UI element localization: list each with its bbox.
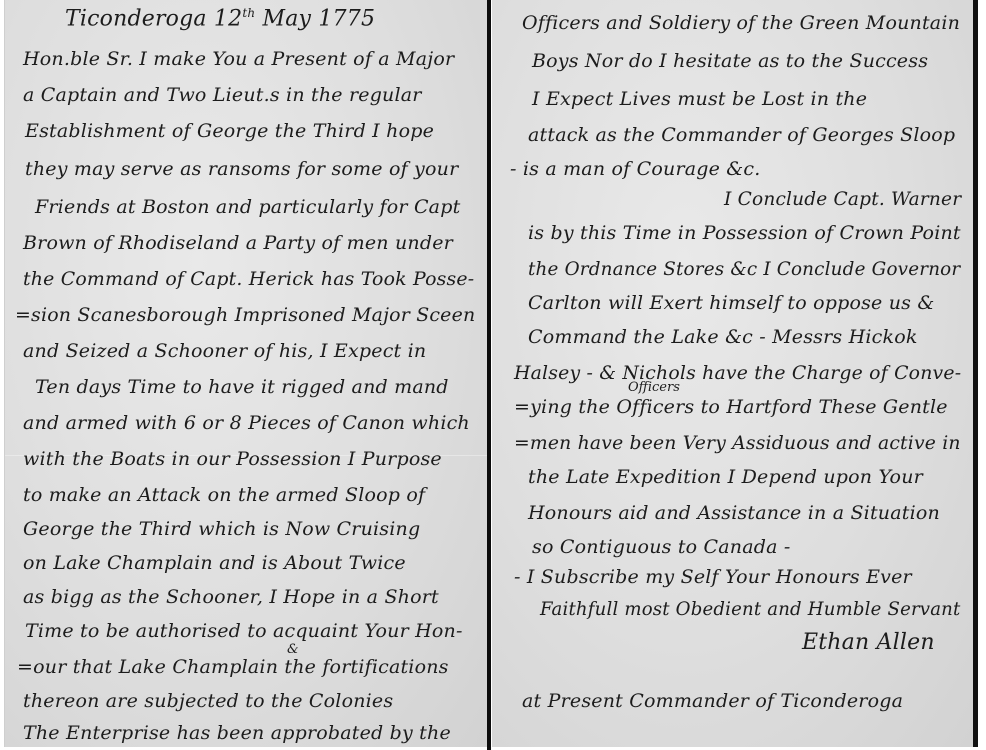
heading-month: May [262,6,311,31]
insertion-ampersand: & [287,642,299,657]
letter-heading: Ticonderoga 12th May 1775 [65,6,375,31]
manuscript-line: thereon are subjected to the Colonies [23,690,393,712]
signatory-title: at Present Commander of Ticonderoga [522,690,903,712]
manuscript-line: Boys Nor do I hesitate as to the Success [532,50,928,72]
manuscript-line: a Captain and Two Lieut.s in the regular [23,84,422,106]
manuscript-line: so Contiguous to Canada - [532,536,791,558]
manuscript-line: Ten days Time to have it rigged and mand [35,376,449,398]
manuscript-line: =men have been Very Assiduous and active… [514,432,961,454]
manuscript-line: they may serve as ransoms for some of yo… [25,158,458,180]
manuscript-line: and Seized a Schooner of his, I Expect i… [23,340,426,362]
manuscript-line: Friends at Boston and particularly for C… [35,196,460,218]
manuscript-line: the Late Expedition I Depend upon Your [528,466,923,488]
manuscript-line: with the Boats in our Possession I Purpo… [23,448,442,470]
manuscript-line: =our that Lake Champlain the fortificati… [17,656,449,678]
heading-year: 1775 [318,6,375,31]
heading-day-suffix: th [242,6,255,20]
manuscript-line: to make an Attack on the armed Sloop of [23,484,425,506]
heading-place: Ticonderoga [65,6,207,31]
signature: Ethan Allen [802,630,935,655]
manuscript-line: Officers and Soldiery of the Green Mount… [522,12,960,34]
manuscript-line: Faithfull most Obedient and Humble Serva… [540,598,960,620]
manuscript-line: as bigg as the Schooner, I Hope in a Sho… [23,586,439,608]
manuscript-line: The Enterprise has been approbated by th… [23,722,451,744]
manuscript-line: Honours aid and Assistance in a Situatio… [528,502,940,524]
manuscript-line: Establishment of George the Third I hope [25,120,434,142]
manuscript-line: Brown of Rhodiseland a Party of men unde… [23,232,453,254]
manuscript-line: I Conclude Capt. Warner [724,188,961,210]
insertion-officers: Officers [628,380,680,395]
page-gutter-divider [487,0,491,750]
right-manuscript-page: Officers and Soldiery of the Green Mount… [492,0,978,747]
manuscript-line: Time to be authorised to acquaint Your H… [25,620,463,642]
manuscript-line: Halsey - & Nichols have the Charge of Co… [514,362,961,384]
manuscript-line: - I Subscribe my Self Your Honours Ever [514,566,912,588]
manuscript-line: =sion Scanesborough Imprisoned Major Sce… [15,304,475,326]
manuscript-line: Hon.ble Sr. I make You a Present of a Ma… [23,48,454,70]
manuscript-line: Carlton will Exert himself to oppose us … [528,292,934,314]
manuscript-line: the Ordnance Stores &c I Conclude Govern… [528,258,960,280]
manuscript-line: the Command of Capt. Herick has Took Pos… [23,268,474,290]
manuscript-line: =ying the Officers to Hartford These Gen… [514,396,948,418]
manuscript-line: I Expect Lives must be Lost in the [532,88,867,110]
left-manuscript-page: Ticonderoga 12th May 1775 Hon.ble Sr. I … [4,0,487,747]
manuscript-line: George the Third which is Now Cruising [23,518,420,540]
manuscript-line: on Lake Champlain and is About Twice [23,552,406,574]
manuscript-line: and armed with 6 or 8 Pieces of Canon wh… [23,412,470,434]
manuscript-line: attack as the Commander of Georges Sloop [528,124,955,146]
manuscript-line: Command the Lake &c - Messrs Hickok [528,326,918,348]
heading-day: 12 [214,6,242,31]
manuscript-line: is by this Time in Possession of Crown P… [528,222,961,244]
manuscript-line: - is a man of Courage &c. [510,158,761,180]
